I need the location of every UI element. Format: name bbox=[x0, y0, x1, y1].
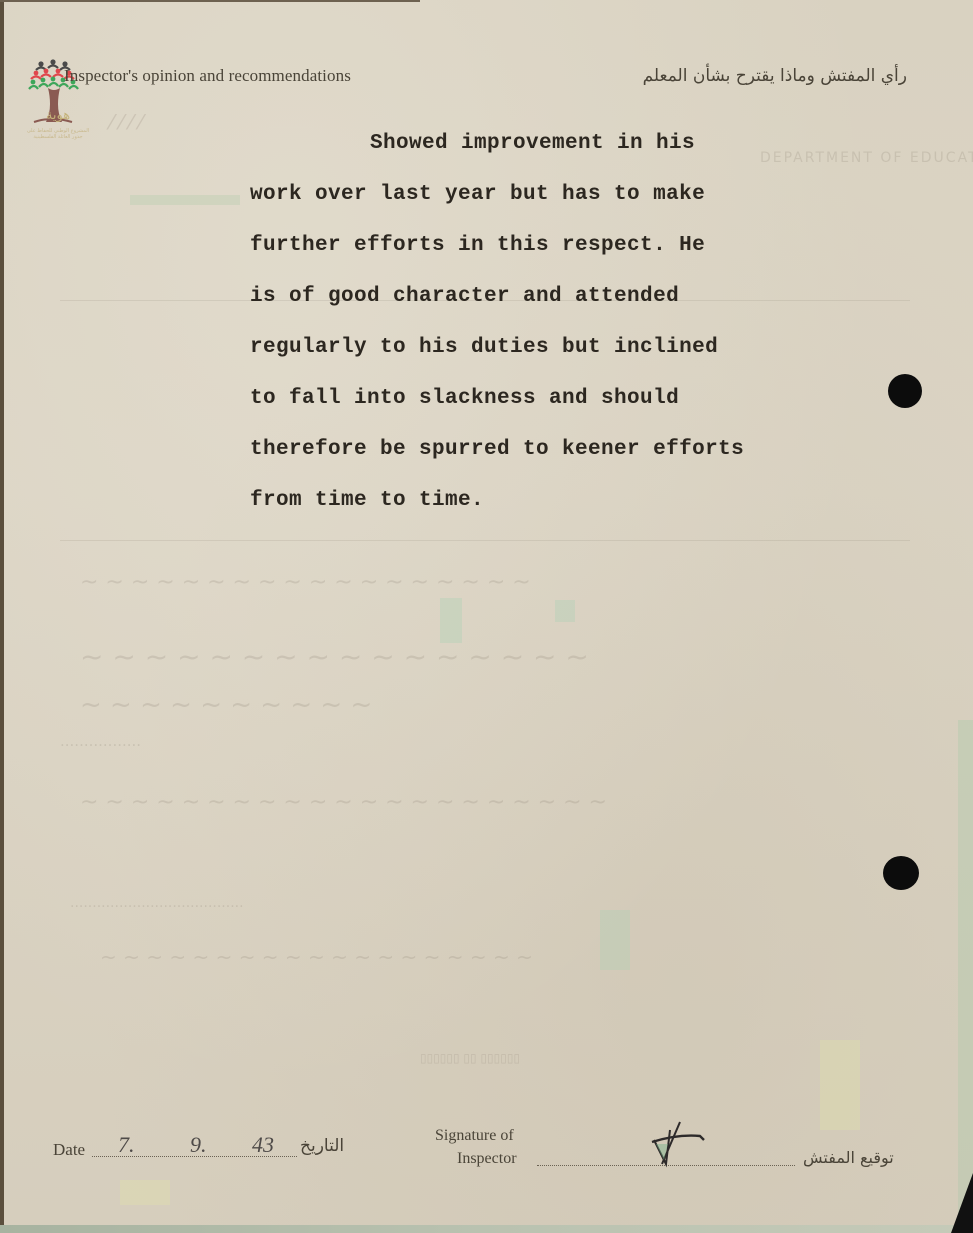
scan-tint bbox=[555, 600, 575, 622]
punch-hole bbox=[888, 374, 922, 408]
bleed-through-rule bbox=[60, 540, 910, 541]
page-bottom-edge bbox=[0, 1225, 960, 1233]
bleed-through-text: ....................................... bbox=[70, 895, 244, 911]
section-label-ar: رأي المفتش وماذا يقترح بشأن المعلم bbox=[643, 66, 907, 86]
remarks-line: to fall into slackness and should bbox=[250, 373, 870, 424]
remarks-line: from time to time. bbox=[250, 475, 870, 526]
remarks-line: therefore be spurred to keener efforts bbox=[250, 424, 870, 475]
signature-label-ar: توقيع المفتش bbox=[803, 1148, 894, 1167]
section-label-en: Inspector's opinion and recommendations bbox=[64, 66, 351, 86]
watermark-logo-subcaption: المشروع الوطني للحفاظ على جذور العائلة ا… bbox=[24, 128, 92, 140]
bleed-through-text: ▯▯▯▯▯▯ ▯▯ ▯▯▯▯▯▯ bbox=[420, 1050, 580, 1066]
date-year: 43 bbox=[252, 1132, 274, 1158]
bleed-through-text: ~ ~ ~ ~ ~ ~ ~ ~ ~ ~ ~ ~ ~ ~ ~ ~ bbox=[80, 640, 589, 673]
scan-tint bbox=[120, 1180, 170, 1205]
document-page: ⁄ ⁄ ⁄ ⁄ DEPARTMENT OF EDUCATION ~ ~ ~ ~ … bbox=[0, 0, 973, 1233]
page-left-edge bbox=[0, 0, 4, 1233]
bleed-through-text: ⁄ ⁄ ⁄ ⁄ bbox=[110, 110, 142, 134]
remarks-line: regularly to his duties but inclined bbox=[250, 322, 870, 373]
remarks-line: Showed improvement in his bbox=[250, 118, 870, 169]
punch-hole bbox=[883, 856, 919, 890]
signature-label-en-line1: Signature of bbox=[435, 1127, 514, 1145]
bleed-through-text: ~ ~ ~ ~ ~ ~ ~ ~ ~ ~ ~ ~ ~ ~ ~ ~ ~ ~ bbox=[80, 570, 531, 595]
remarks-line: is of good character and attended bbox=[250, 271, 870, 322]
remarks-line: further efforts in this respect. He bbox=[250, 220, 870, 271]
scan-tint bbox=[130, 195, 240, 205]
bleed-through-text: ................. bbox=[60, 732, 141, 750]
scan-tint bbox=[820, 1040, 860, 1130]
page-corner-fold bbox=[951, 1173, 973, 1233]
scan-tint bbox=[600, 910, 630, 970]
scan-tint bbox=[440, 598, 462, 643]
date-label-ar: التاريخ bbox=[300, 1136, 344, 1156]
remarks-line: work over last year but has to make bbox=[250, 169, 870, 220]
bleed-through-text: ~ ~ ~ ~ ~ ~ ~ ~ ~ ~ ~ ~ ~ ~ ~ ~ ~ ~ ~ bbox=[100, 945, 533, 969]
bleed-through-text: ~ ~ ~ ~ ~ ~ ~ ~ ~ ~ ~ ~ ~ ~ ~ ~ ~ ~ ~ ~ … bbox=[80, 790, 607, 815]
date-day: 7. bbox=[118, 1132, 135, 1158]
signature-label-en-line2: Inspector bbox=[457, 1150, 517, 1168]
signature-footer: Date 7. 9. 43 التاريخ Signature of Inspe… bbox=[0, 1120, 973, 1180]
bleed-through-text: ~ ~ ~ ~ ~ ~ ~ ~ ~ ~ bbox=[80, 690, 372, 720]
date-month: 9. bbox=[190, 1132, 207, 1158]
watermark-logo-caption: هوية bbox=[28, 108, 88, 123]
page-top-edge bbox=[0, 0, 420, 2]
date-label-en: Date bbox=[53, 1140, 85, 1160]
inspector-signature-icon bbox=[648, 1120, 708, 1168]
inspector-remarks: Showed improvement in his work over last… bbox=[250, 118, 870, 526]
